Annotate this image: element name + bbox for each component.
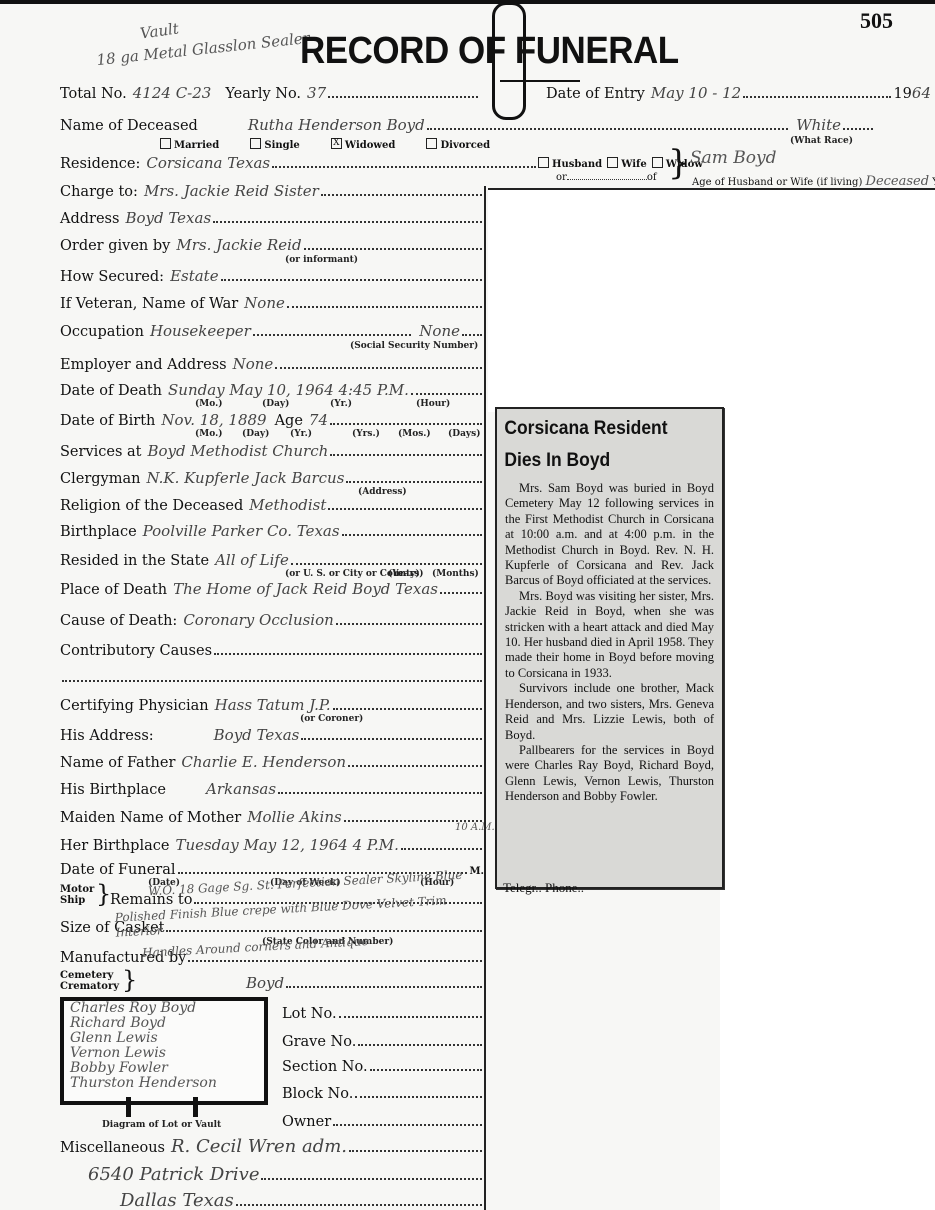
charge-to-value: Mrs. Jackie Reid Sister xyxy=(144,182,319,200)
spouse-age-label: Age of Husband or Wife (if living) xyxy=(692,177,862,188)
date-of-entry-label: Date of Entry xyxy=(546,86,645,102)
spouse-age-row: Age of Husband or Wife (if living) Decea… xyxy=(692,174,935,189)
section-no-row: Section No. xyxy=(282,1055,484,1077)
how-secured-row: How Secured: Estate xyxy=(60,265,484,287)
physician-address-row: His Address: Boyd Texas xyxy=(60,724,484,746)
checkbox-wife[interactable] xyxy=(607,157,618,168)
religion-value: Methodist xyxy=(249,496,326,514)
race-sublabel: (What Race) xyxy=(790,136,853,146)
resided-value: All of Life xyxy=(215,551,289,569)
father-row: Name of Father Charlie E. Henderson xyxy=(60,751,484,773)
birthplace-value: Poolville Parker Co. Texas xyxy=(143,522,340,540)
newspaper-clipping: Corsicana Resident Dies In Boyd Mrs. Sam… xyxy=(495,407,724,889)
date-of-birth-value: Nov. 18, 1889 xyxy=(161,411,266,429)
block-no-row: Block No. xyxy=(282,1082,484,1104)
year-prefix: 19 xyxy=(893,86,911,102)
age-value: 74 xyxy=(309,411,328,429)
margin-note-sealer: 18 ga Metal Glasslon Sealer xyxy=(96,29,311,69)
owner-row: Owner xyxy=(282,1110,484,1132)
clergyman-row: Clergyman N.K. Kupferle Jack Barcus xyxy=(60,467,484,489)
father-birthplace-value: Arkansas xyxy=(206,780,276,798)
total-no-label: Total No. xyxy=(60,86,127,102)
yearly-no-label: Yearly No. xyxy=(225,86,301,102)
physician-address-value: Boyd Texas xyxy=(214,726,300,744)
residence-row: Residence: Corsicana Texas xyxy=(60,152,538,174)
services-at-value: Boyd Methodist Church xyxy=(148,442,329,460)
veteran-value: None xyxy=(244,294,285,312)
misc-line-3: Dallas Texas xyxy=(120,1190,234,1210)
marital-married[interactable]: Married xyxy=(160,133,219,152)
blank-pasted-area xyxy=(488,188,935,412)
residence-value: Corsicana Texas xyxy=(146,154,270,172)
paperclip-icon xyxy=(492,2,526,120)
clipping-headline: Corsicana Resident Dies In Boyd xyxy=(497,409,704,477)
marital-widowed[interactable]: XWidowed xyxy=(331,133,395,152)
date-of-entry-row: Date of Entry May 10 - 12 19 64 xyxy=(546,82,931,104)
order-given-by-value: Mrs. Jackie Reid xyxy=(176,236,301,254)
cemetery-label: CemeteryCrematory xyxy=(60,970,119,992)
veteran-row: If Veteran, Name of War None xyxy=(60,292,484,314)
date-of-entry-value: May 10 - 12 xyxy=(651,84,741,102)
grave-no-row: Grave No. xyxy=(282,1030,484,1052)
address-row: Address Boyd Texas xyxy=(60,207,484,229)
physician-value: Hass Tatum J.P. xyxy=(215,696,331,714)
yearly-no-value: 37 xyxy=(307,84,326,102)
brace: } xyxy=(668,146,690,180)
top-edge-bar xyxy=(0,0,935,4)
contributory-causes-row: Contributory Causes xyxy=(60,639,484,661)
misc-line-1: R. Cecil Wren adm. xyxy=(171,1136,347,1157)
misc-line-3-row: Dallas Texas xyxy=(60,1190,484,1210)
how-secured-value: Estate xyxy=(170,267,219,285)
occupation-value: Housekeeper xyxy=(150,322,251,340)
name-label: Name of Deceased xyxy=(60,118,198,134)
lot-no-row: Lot No. xyxy=(282,1002,484,1024)
charge-to-row: Charge to: Mrs. Jackie Reid Sister xyxy=(60,180,484,202)
order-given-by-row: Order given by Mrs. Jackie Reid xyxy=(60,234,484,256)
checkbox-divorced[interactable] xyxy=(426,138,437,149)
occupation-row: Occupation Housekeeper None xyxy=(60,320,484,342)
motor-ship-label: MotorShip xyxy=(60,884,94,906)
cause-of-death-value: Coronary Occlusion xyxy=(183,611,333,629)
name-value: Rutha Henderson Boyd xyxy=(248,116,425,134)
address-value: Boyd Texas xyxy=(125,209,211,227)
date-of-birth-row: Date of Birth Nov. 18, 1889 Age 74 xyxy=(60,409,484,431)
margin-note-vault: Vault xyxy=(139,19,180,42)
spouse-age-value: Deceased xyxy=(866,174,930,189)
father-value: Charlie E. Henderson xyxy=(181,753,346,771)
employer-row: Employer and Address None xyxy=(60,353,484,375)
miscellaneous-row: Miscellaneous R. Cecil Wren adm. xyxy=(60,1136,484,1158)
clergyman-value: N.K. Kupferle Jack Barcus xyxy=(146,469,344,487)
religion-row: Religion of the Deceased Methodist xyxy=(60,494,484,516)
cemetery-value: Boyd xyxy=(246,974,284,992)
birthplace-row: Birthplace Poolville Parker Co. Texas xyxy=(60,520,484,542)
marital-divorced[interactable]: Divorced xyxy=(426,133,490,152)
mother-row: Maiden Name of Mother Mollie Akins xyxy=(60,806,484,828)
clipping-article: Mrs. Sam Boyd was buried in Boyd Cemeter… xyxy=(497,477,722,805)
resided-row: Resided in the State All of Life xyxy=(60,549,484,571)
page-title: RECORD OF FUNERAL xyxy=(300,30,679,73)
diagram-label: Diagram of Lot or Vault xyxy=(102,1120,221,1130)
race-value: White xyxy=(796,116,841,134)
place-of-death-row: Place of Death The Home of Jack Reid Boy… xyxy=(60,578,484,600)
checkbox-widow[interactable] xyxy=(652,157,663,168)
lot-diagram-box: Charles Roy Boyd Richard Boyd Glenn Lewi… xyxy=(60,997,268,1105)
place-of-death-value: The Home of Jack Reid Boyd Texas xyxy=(173,580,438,598)
year-value: 64 xyxy=(912,84,931,102)
services-at-row: Services at Boyd Methodist Church xyxy=(60,440,484,462)
marital-status-group: Married Single XWidowed Divorced xyxy=(160,133,490,152)
or-of-line: orof xyxy=(556,172,657,183)
cause-of-death-row: Cause of Death: Coronary Occlusion xyxy=(60,609,484,631)
blank-right-column xyxy=(720,410,935,1210)
spouse-name-value: Sam Boyd xyxy=(690,148,777,168)
mother-birthplace-row: Her Birthplace Tuesday May 12, 1964 4 P.… xyxy=(60,834,484,856)
mother-value: Mollie Akins xyxy=(247,808,342,826)
total-no-value: 4124 C-23 xyxy=(133,84,212,102)
total-no-row: Total No. 4124 C-23 Yearly No. 37 xyxy=(60,82,480,104)
date-of-death-row: Date of Death Sunday May 10, 1964 4:45 P… xyxy=(60,379,484,401)
father-birthplace-row: His Birthplace Arkansas xyxy=(60,778,484,800)
column-divider xyxy=(484,186,486,1210)
checkbox-widowed[interactable]: X xyxy=(331,138,342,149)
marital-single[interactable]: Single xyxy=(250,133,299,152)
date-of-death-value: Sunday May 10, 1964 4:45 P.M. xyxy=(168,381,409,399)
checkbox-married[interactable] xyxy=(160,138,171,149)
cemetery-row: Boyd xyxy=(136,972,484,994)
misc-line-2-row: 6540 Patrick Drive xyxy=(60,1164,484,1186)
clipping-footer-fragment: Telegr.. Phone.. xyxy=(503,880,584,896)
ssn-value: None xyxy=(419,322,460,340)
employer-value: None xyxy=(233,355,274,373)
misc-line-2: 6540 Patrick Drive xyxy=(88,1164,259,1185)
physician-row: Certifying Physician Hass Tatum J.P. xyxy=(60,694,484,716)
page-number: 505 xyxy=(860,8,893,34)
checkbox-husband[interactable] xyxy=(538,157,549,168)
mother-birthplace-value: Tuesday May 12, 1964 4 P.M. xyxy=(175,836,398,854)
residence-label: Residence: xyxy=(60,156,140,172)
checkbox-single[interactable] xyxy=(250,138,261,149)
contributory-causes-line2 xyxy=(60,666,484,688)
